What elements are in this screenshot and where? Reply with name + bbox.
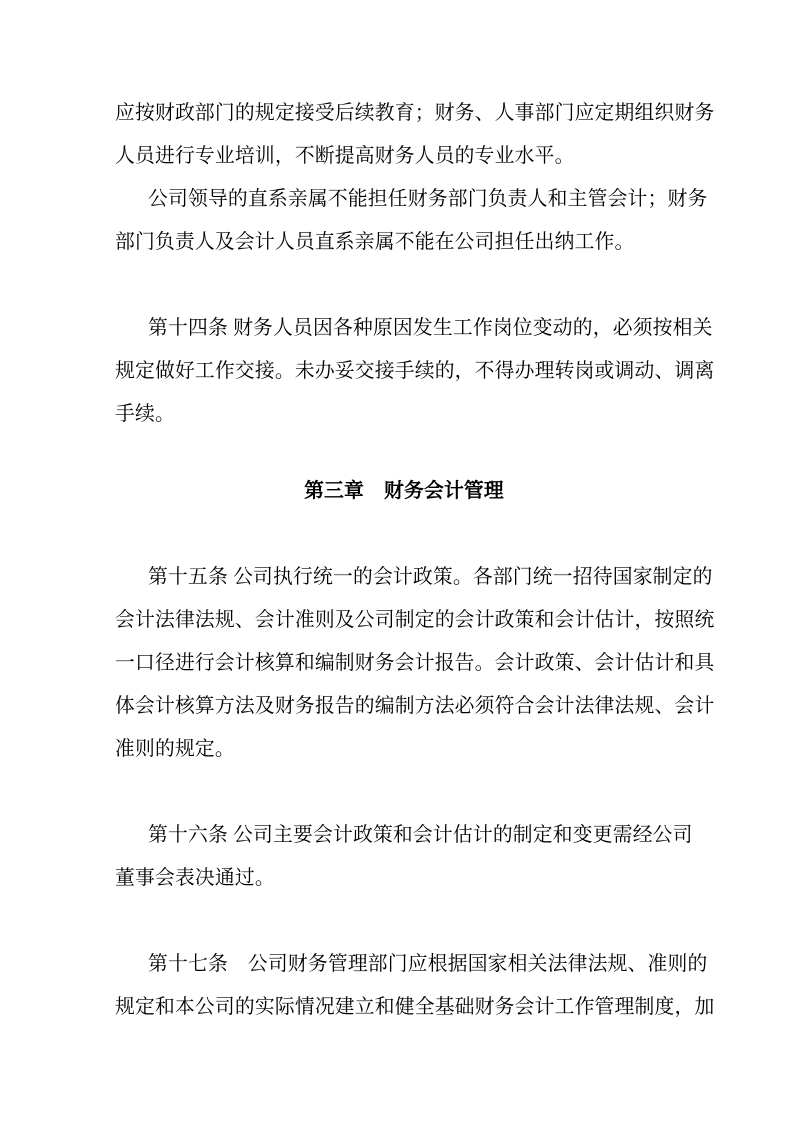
- paragraph-spacer: [115, 771, 693, 814]
- text-line: 第十六条 公司主要会计政策和会计估计的制定和变更需经公司: [115, 814, 693, 857]
- text-line: 体会计核算方法及财务报告的编制方法必须符合会计法律法规、会计: [115, 685, 693, 728]
- text-line: 人员进行专业培训，不断提高财务人员的专业水平。: [115, 135, 693, 178]
- document-content: 应按财政部门的规定接受后续教育；财务、人事部门应定期组织财务人员进行专业培训，不…: [115, 92, 693, 1029]
- text-line: 第十四条 财务人员因各种原因发生工作岗位变动的，必须按相关: [115, 307, 693, 350]
- paragraph: 第十四条 财务人员因各种原因发生工作岗位变动的，必须按相关规定做好工作交接。未办…: [115, 307, 693, 436]
- paragraph-spacer: [115, 436, 693, 470]
- paragraph-spacer: [115, 264, 693, 307]
- text-line: 应按财政部门的规定接受后续教育；财务、人事部门应定期组织财务: [115, 92, 693, 135]
- text-line: 一口径进行会计核算和编制财务会计报告。会计政策、会计估计和具: [115, 642, 693, 685]
- paragraph: 第十五条 公司执行统一的会计政策。各部门统一招待国家制定的会计法律法规、会计准则…: [115, 556, 693, 771]
- paragraph: 第十七条 公司财务管理部门应根据国家相关法律法规、准则的规定和本公司的实际情况建…: [115, 943, 693, 1029]
- text-line: 手续。: [115, 393, 693, 436]
- text-line: 第十五条 公司执行统一的会计政策。各部门统一招待国家制定的: [115, 556, 693, 599]
- paragraph-spacer: [115, 513, 693, 556]
- text-line: 规定做好工作交接。未办妥交接手续的，不得办理转岗或调动、调离: [115, 350, 693, 393]
- text-line: 公司领导的直系亲属不能担任财务部门负责人和主管会计；财务: [115, 178, 693, 221]
- paragraph-spacer: [115, 900, 693, 943]
- text-line: 规定和本公司的实际情况建立和健全基础财务会计工作管理制度，加: [115, 986, 693, 1029]
- text-line: 会计法律法规、会计准则及公司制定的会计政策和会计估计，按照统: [115, 599, 693, 642]
- document-page: 应按财政部门的规定接受后续教育；财务、人事部门应定期组织财务人员进行专业培训，不…: [0, 0, 793, 1122]
- text-line: 董事会表决通过。: [115, 857, 693, 900]
- paragraph: 公司领导的直系亲属不能担任财务部门负责人和主管会计；财务部门负责人及会计人员直系…: [115, 178, 693, 264]
- paragraph: 第十六条 公司主要会计政策和会计估计的制定和变更需经公司董事会表决通过。: [115, 814, 693, 900]
- text-line: 准则的规定。: [115, 728, 693, 771]
- paragraph: 应按财政部门的规定接受后续教育；财务、人事部门应定期组织财务人员进行专业培训，不…: [115, 92, 693, 178]
- text-line: 第十七条 公司财务管理部门应根据国家相关法律法规、准则的: [115, 943, 693, 986]
- chapter-heading-text: 第三章 财务会计管理: [115, 470, 693, 513]
- text-line: 部门负责人及会计人员直系亲属不能在公司担任出纳工作。: [115, 221, 693, 264]
- chapter-heading: 第三章 财务会计管理: [115, 470, 693, 513]
